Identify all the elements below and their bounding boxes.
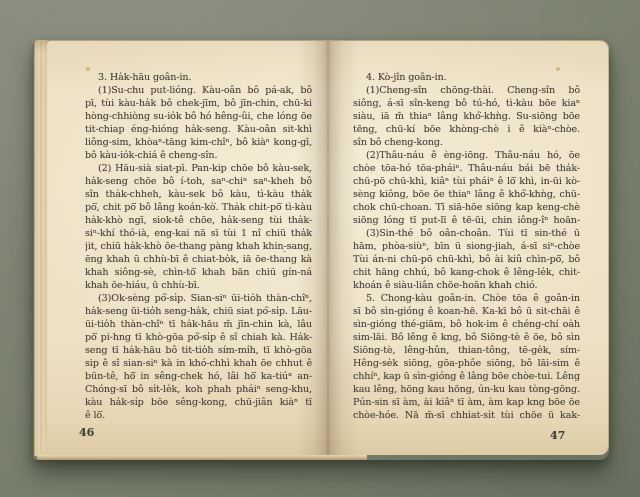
- text-line: (3)Ok-sèng pó͘-si̍p. Sian-siⁿ ūi-tio̍h t…: [85, 292, 312, 305]
- text-line: chok chū-choan. Tī siā-hōe siōng kap ken…: [353, 201, 580, 214]
- text-line: liông-sim, khòaⁿ-tāng kim-chîⁿ, bô kiàⁿ …: [85, 136, 312, 149]
- text-line: hām, phòa-siùⁿ, bīn ū siong-jiah, á-sī s…: [353, 240, 580, 253]
- text-line: sī bô sìn-gióng ê koan-hē. Ka-kī bô ū si…: [353, 305, 580, 318]
- text-line: ha̍k-seng chōe bô í-toh, saⁿ-chiⁿ saⁿ-kh…: [85, 175, 312, 188]
- text-line: siⁿ-khí thó-ià, eng-kai nā sī tùi 1 nî c…: [85, 227, 312, 240]
- text-line: chit hāng chhú, bô kang-chok ê lêng-le̍k…: [353, 266, 580, 279]
- text-line: siông, á-sī sîn-keng bô tú-hó, tì-kàu bō…: [353, 97, 580, 110]
- text-line: bô kàu-io̍k-chiá ê cheng-sîn.: [85, 149, 312, 162]
- open-book: 3. Ha̍k-hāu goân-in.(1)Su-chu put-lióng.…: [33, 40, 609, 460]
- text-line: Tùi án-ni chū-pō chū-khì, bô ài kiû chìn…: [353, 253, 580, 266]
- text-line: kau lêng, hōng kau hōng, ún-ku kau tòng-…: [353, 383, 580, 396]
- text-line: tēng, chū-kí bōe khòng-chè i ê kiàⁿ-chòe…: [353, 123, 580, 136]
- text-line: 5. Chong-kàu goân-in. Chòe tōa ê goân-in…: [353, 292, 580, 305]
- text-line: seng tī ha̍k-hāu bô tit-tio̍h sím-mi̍h, …: [85, 344, 312, 357]
- text-line: sip ê sî sian-siⁿ kà in khó-chhì khah ōe…: [85, 357, 312, 370]
- text-line: Pún-sin sī àm, ài kiâⁿ tī àm, àm kap kng…: [353, 396, 580, 409]
- text-line: būn-tê, hō͘ in sêng-chek hó, lâi hō͘ ka-…: [85, 370, 312, 383]
- right-page-text: 4. Kò-jîn goân-in.(1)Cheng-sîn chōng-thà…: [353, 71, 580, 422]
- text-line: hòng-chhiòng su-io̍k bô hó hêng-ûi, che …: [85, 110, 312, 123]
- text-line: sîn tha̍k-chheh, kàu-sek bô kàu, tì-kàu …: [85, 188, 312, 201]
- text-line: Hêng-se̍k siōng, gōa-phôe siōng, bô lāi-…: [353, 357, 580, 370]
- text-line: pō͘ pi-hng tī khò-gōa pó͘-si̍p ê sî chia…: [85, 331, 312, 344]
- text-line: ha̍k-seng ūi-tio̍h seng-ha̍k, chiū siat …: [85, 305, 312, 318]
- photo-background: 3. Ha̍k-hāu goân-in.(1)Su-chu put-lióng.…: [0, 0, 640, 497]
- text-line: 4. Kò-jîn goân-in.: [353, 71, 580, 84]
- page-number-right: 47: [550, 429, 565, 442]
- page-edge-stack-left: [33, 40, 48, 456]
- text-line: pō͘, chit pō͘ bô lâng koán-kò͘. Tha̍k ch…: [85, 201, 312, 214]
- text-line: sèng kiông, bōe ōe thiaⁿ lâng ê khó͘-khǹ…: [353, 188, 580, 201]
- text-line: khoán ê siàu-liân chōe-hoān khah chió.: [353, 279, 580, 292]
- text-line: Chóng-sī bô si̍t-le̍k, koh phah pháiⁿ se…: [85, 383, 312, 396]
- text-line: (1)Cheng-sîn chōng-thài. Cheng-sîn bô ch…: [353, 84, 580, 97]
- text-line: sim-lāi. Bô lêng ê kng, bô Siōng-tè ê ōe…: [353, 331, 580, 344]
- text-line: sîn bô cheng-kong.: [353, 136, 580, 149]
- text-line: chhíⁿ, kap ū sìn-gióng ê lâng bōe chòe-t…: [353, 370, 580, 383]
- text-line: ê lō͘.: [85, 409, 312, 422]
- text-line: khah ōe-hiáu, ū chhù-bī.: [85, 279, 312, 292]
- page-number-left: 46: [79, 426, 94, 439]
- text-line: (1)Su-chu put-lióng. Kàu-oân bô pá-ak, b…: [85, 84, 312, 97]
- text-line: Siōng-tè, lêng-hûn, thian-tông, tē-ge̍k,…: [353, 344, 580, 357]
- text-line: (2) Hāu-sià siat-pī. Pan-kip chōe bô kàu…: [85, 162, 312, 175]
- text-line: (2)Thâu-náu ê èng-iōng. Thâu-náu hó, ōe …: [353, 149, 580, 162]
- text-line: siōng lóng tī put-lī ê tē-ūi, chin iông-…: [353, 214, 580, 227]
- text-line: sìn-gióng thé-giām, bô hok-im ê chéng-ch…: [353, 318, 580, 331]
- text-line: khah siông-sè, chìn-tō͘ khah bān chiū gí…: [85, 266, 312, 279]
- text-line: chòe-hóe. Nā m̄-sī chhiat-si̍t tùi chōe …: [353, 409, 580, 422]
- text-line: chòe tōa-hó tōa-pháiⁿ. Thâu-náu bái bē t…: [353, 162, 580, 175]
- text-line: kàu ha̍k-si̍p bōe sêng-kong, chū-jiân ki…: [85, 396, 312, 409]
- text-line: ha̍k-khò ngī, siok-tê chōe, ha̍k-seng tù…: [85, 214, 312, 227]
- text-line: ūi-tio̍h thàn-chîⁿ tī ha̍k-hāu m̄ jīn-ch…: [85, 318, 312, 331]
- text-line: siàu, iā m̄ thiaⁿ lâng khó͘-khǹg. Su-siō…: [353, 110, 580, 123]
- text-line: ēng khah ū chhù-bī ê chiat-bo̍k, iā ōe-t…: [85, 253, 312, 266]
- text-line: (3)Sin-thé bô oân-choân. Tùi tī sin-thé …: [353, 227, 580, 240]
- text-line: chū-pō chū-khì, kiâⁿ tùi pháiⁿ ê lō͘ khì…: [353, 175, 580, 188]
- text-line: jit, chiū ha̍k-khò ōe-thang pàng khah kh…: [85, 240, 312, 253]
- text-line: tit-chiap éng-hióng ha̍k-seng. Kàu-oân s…: [85, 123, 312, 136]
- left-page-text: 3. Ha̍k-hāu goân-in.(1)Su-chu put-lióng.…: [85, 71, 312, 422]
- text-line: 3. Ha̍k-hāu goân-in.: [85, 71, 312, 84]
- text-line: pī, tùi kàu-ha̍k bô chek-jīm, bô jīn-chi…: [85, 97, 312, 110]
